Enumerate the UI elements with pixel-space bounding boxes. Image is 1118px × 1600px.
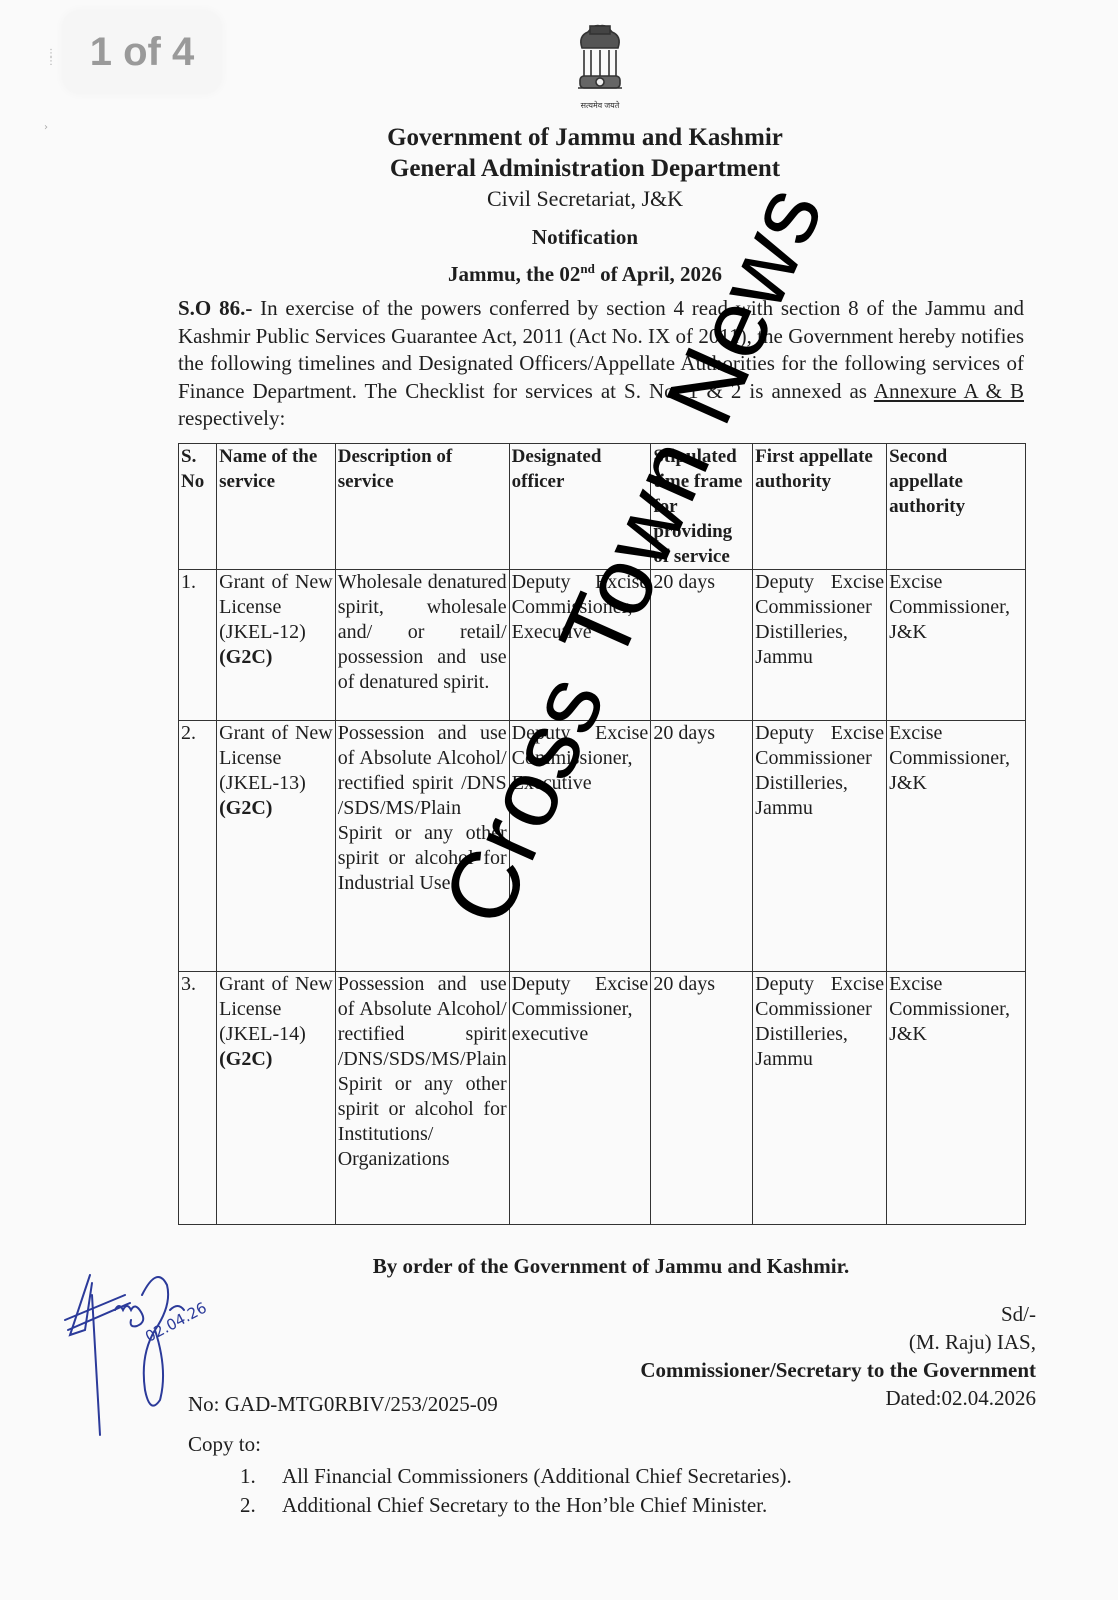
emblem-motto: सत्यमेव जयते [560, 100, 640, 111]
page-counter-text: 1 of 4 [90, 30, 194, 75]
cell-second-appellate: Excise Commissioner, J&K [887, 972, 1026, 1225]
cell-description: Wholesale denatured spirit, wholesale an… [335, 570, 509, 721]
signatory-name: (M. Raju) IAS, [640, 1328, 1036, 1356]
cell-time-frame: 20 days [651, 972, 753, 1225]
header-sno: S. No [179, 444, 217, 570]
cell-service-name: Grant of New License (JKEL-12)(G2C) [217, 570, 336, 721]
annexure-link[interactable]: Annexure A & B [874, 379, 1024, 403]
cell-second-appellate: Excise Commissioner, J&K [887, 570, 1026, 721]
signatory-block: Sd/- (M. Raju) IAS, Commissioner/Secreta… [640, 1300, 1036, 1412]
cell-designated-officer: Deputy Excise Commissioner, Executive [509, 570, 651, 721]
cell-first-appellate: Deputy Excise Commissioner Distilleries,… [753, 570, 887, 721]
order-number: S.O 86.- [178, 296, 252, 320]
cell-description: Possession and use of Absolute Alcohol/ … [335, 972, 509, 1225]
table-header-row: S. No Name of the service Description of… [179, 444, 1026, 570]
cell-first-appellate: Deputy Excise Commissioner Distilleries,… [753, 972, 887, 1225]
table-row: 2. Grant of New License (JKEL-13)(G2C) P… [179, 721, 1026, 972]
cell-time-frame: 20 days [651, 570, 753, 721]
national-emblem-icon [560, 18, 640, 113]
cell-designated-officer: Deputy Excise Commissioner, executive [509, 972, 651, 1225]
table-row: 3. Grant of New License (JKEL-14)(G2C) P… [179, 972, 1026, 1225]
list-item: 1.All Financial Commissioners (Additiona… [240, 1462, 792, 1491]
copy-to-list: 1.All Financial Commissioners (Additiona… [240, 1462, 792, 1520]
services-table: S. No Name of the service Description of… [178, 443, 1026, 1225]
handwritten-signature: 02.04.26 [30, 1255, 240, 1450]
cell-designated-officer: Deputy Excise Commissioner, Executive [509, 721, 651, 972]
signatory-designation: Commissioner/Secretary to the Government [640, 1356, 1036, 1384]
header-designated-officer: Designated officer [509, 444, 651, 570]
notification-date: Jammu, the 02nd of April, 2026 [0, 261, 1118, 287]
sd-mark: Sd/- [640, 1300, 1036, 1328]
secretariat: Civil Secretariat, J&K [0, 186, 1118, 212]
cell-first-appellate: Deputy Excise Commissioner Distilleries,… [753, 721, 887, 972]
cell-sno: 1. [179, 570, 217, 721]
cell-second-appellate: Excise Commissioner, J&K [887, 721, 1026, 972]
cell-time-frame: 20 days [651, 721, 753, 972]
table-row: 1. Grant of New License (JKEL-12)(G2C) W… [179, 570, 1026, 721]
list-item: 2.Additional Chief Secretary to the Hon’… [240, 1491, 792, 1520]
signed-date: Dated:02.04.2026 [640, 1384, 1036, 1412]
header-service-name: Name of the service [217, 444, 336, 570]
header-description: Description of service [335, 444, 509, 570]
cell-sno: 3. [179, 972, 217, 1225]
department-title: General Administration Department [0, 155, 1118, 183]
page-counter: 1 of 4 [62, 10, 222, 94]
intro-paragraph: S.O 86.- In exercise of the powers confe… [178, 295, 1024, 433]
cell-sno: 2. [179, 721, 217, 972]
cell-service-name: Grant of New License (JKEL-13)(G2C) [217, 721, 336, 972]
document-type: Notification [0, 225, 1118, 250]
header-first-appellate: First appellate authority [753, 444, 887, 570]
drag-handle-icon[interactable]: ⋮⋮ [46, 50, 52, 66]
header-time-frame: Stipulated time frame for providing of s… [651, 444, 753, 570]
header-second-appellate: Second appellate authority [887, 444, 1026, 570]
govt-title: Government of Jammu and Kashmir [0, 124, 1118, 152]
cell-service-name: Grant of New License (JKEL-14)(G2C) [217, 972, 336, 1225]
cell-description: Possession and use of Absolute Alcohol/ … [335, 721, 509, 972]
